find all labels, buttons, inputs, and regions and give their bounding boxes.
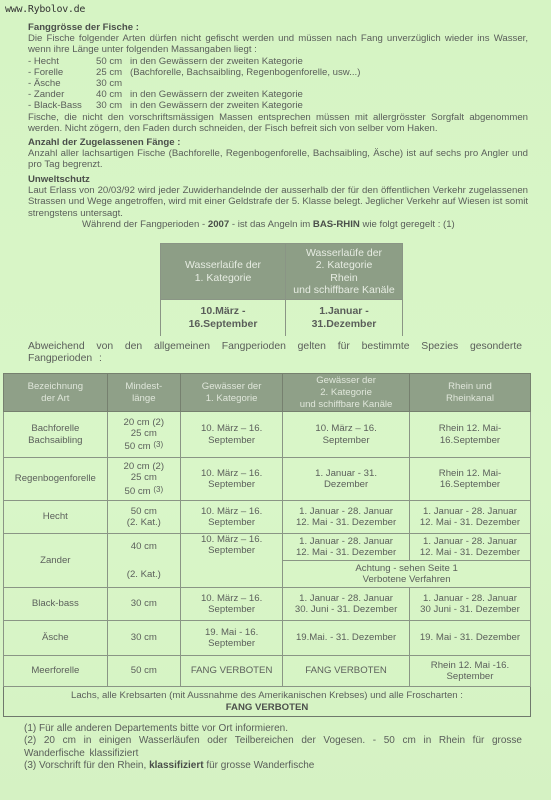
banned-row: Lachs, alle Krebsarten (mit Aussnahme de… bbox=[4, 687, 531, 717]
size-intro: Die Fische folgender Arten dürfen nicht … bbox=[28, 33, 528, 55]
species-note: Achtung - sehen Seite 1Verbotene Verfahr… bbox=[283, 561, 531, 588]
species-name: BachforelleBachsaibling bbox=[4, 412, 108, 458]
header-species: Bezeichnungder Art bbox=[4, 374, 108, 412]
species-name: Zander bbox=[4, 534, 108, 588]
species-name: Äsche bbox=[4, 621, 108, 656]
catch-section: Anzahl der Zugelassenen Fänge : Anzahl a… bbox=[28, 137, 528, 171]
species-name: Black-bass bbox=[4, 588, 108, 621]
fish-name: - Äsche bbox=[28, 78, 96, 89]
species-name: Meerforelle bbox=[4, 656, 108, 687]
period-intro-mid: - ist das Angeln im bbox=[229, 219, 313, 230]
period-category-1: 10. März – 16.September bbox=[181, 588, 283, 621]
period-rhein: 19. Mai - 31. Dezember bbox=[409, 621, 530, 656]
period-intro: Während der Fangperioden - 2007 - ist da… bbox=[82, 219, 542, 230]
species-row: Äsche30 cm19. Mai - 16.September19.Mai. … bbox=[4, 621, 531, 656]
period-category-2: 1. Januar - 28. Januar12. Mai - 31. Deze… bbox=[283, 534, 410, 561]
header-category-2: Gewässer der2. Kategorieund schiffbare K… bbox=[283, 374, 410, 412]
period-intro-pre: Während der Fangperioden - bbox=[82, 219, 208, 230]
species-row: Meerforelle50 cmFANG VERBOTENFANG VERBOT… bbox=[4, 656, 531, 687]
fish-name: - Forelle bbox=[28, 67, 96, 78]
species-header-row: Bezeichnungder ArtMindest-längeGewässer … bbox=[4, 374, 531, 412]
min-length: 20 cm (2)25 cm50 cm (3) bbox=[107, 458, 180, 501]
banned-species-note: Lachs, alle Krebsarten (mit Aussnahme de… bbox=[4, 687, 531, 717]
species-row: Zander40 cm(2. Kat.)10. März – 16.Septem… bbox=[4, 534, 531, 561]
min-length: 50 cm(2. Kat.) bbox=[107, 501, 180, 534]
header-category-2: Wasserlaüfe der2. KategorieRheinund schi… bbox=[286, 244, 403, 300]
species-name: Hecht bbox=[4, 501, 108, 534]
period-category-1: 10. März – 16.September bbox=[181, 501, 283, 534]
header-category-1: Wasserlaüfe der1. Kategorie bbox=[161, 244, 286, 300]
scanned-page: www.Rybolov.de Fanggrösse der Fische : D… bbox=[0, 0, 551, 800]
general-periods-row: 10.März -16.September 1.Januar -31.Dezem… bbox=[161, 300, 403, 337]
footnote-2: (2) 20 cm in einigen Wasserläufen oder T… bbox=[24, 735, 522, 760]
period-category-2: 1. Januar - 31.Dezember bbox=[283, 458, 410, 501]
catch-text: Anzahl aller lachsartigen Fische (Bachfo… bbox=[28, 148, 528, 170]
period-rhein: Rhein 12. Mai-16.September bbox=[409, 458, 530, 501]
min-length: 50 cm bbox=[107, 656, 180, 687]
catch-heading: Anzahl der Zugelassenen Fänge : bbox=[28, 137, 528, 148]
period-intro-post: wie folgt geregelt : (1) bbox=[360, 219, 455, 230]
period-category-2: 1. Januar - 28. Januar12. Mai - 31. Deze… bbox=[283, 501, 410, 534]
header-category-1: Gewässer der1. Kategorie bbox=[181, 374, 283, 412]
period-category-1: 10.März -16.September bbox=[161, 300, 286, 337]
period-category-2: 10. März – 16.September bbox=[283, 412, 410, 458]
species-row: Black-bass30 cm10. März – 16.September1.… bbox=[4, 588, 531, 621]
period-category-1: FANG VERBOTEN bbox=[181, 656, 283, 687]
general-periods-header-row: Wasserlaüfe der1. Kategorie Wasserlaüfe … bbox=[161, 244, 403, 300]
fish-note: in den Gewässern der zweiten Kategorie bbox=[130, 89, 528, 100]
min-length: 40 cm(2. Kat.) bbox=[107, 534, 180, 588]
period-region: BAS-RHIN bbox=[313, 219, 360, 230]
species-periods-table: Bezeichnungder ArtMindest-längeGewässer … bbox=[3, 373, 531, 717]
header-min-length: Mindest-länge bbox=[107, 374, 180, 412]
period-rhein: Rhein 12. Mai -16.September bbox=[409, 656, 530, 687]
fish-note bbox=[130, 78, 528, 89]
species-row: Hecht50 cm(2. Kat.)10. März – 16.Septemb… bbox=[4, 501, 531, 534]
min-length: 20 cm (2)25 cm50 cm (3) bbox=[107, 412, 180, 458]
fish-size-list: - Hecht50 cmin den Gewässern der zweiten… bbox=[28, 56, 528, 112]
fish-size: 30 cm bbox=[96, 78, 130, 89]
min-length: 30 cm bbox=[107, 621, 180, 656]
fish-name: - Black-Bass bbox=[28, 100, 96, 111]
fish-size: 50 cm bbox=[96, 56, 130, 67]
period-rhein: 1. Januar - 28. Januar12. Mai - 31. Deze… bbox=[409, 534, 530, 561]
fish-size: 25 cm bbox=[96, 67, 130, 78]
footnotes: (1) Für alle anderen Departements bitte … bbox=[24, 723, 522, 772]
size-heading: Fanggrösse der Fische : bbox=[28, 22, 528, 33]
header-rhein: Rhein undRheinkanal bbox=[409, 374, 530, 412]
period-category-2: 19.Mai. - 31. Dezember bbox=[283, 621, 410, 656]
fish-note: in den Gewässern der zweiten Kategorie bbox=[130, 100, 528, 111]
fish-name: - Zander bbox=[28, 89, 96, 100]
environment-section: Unweltschutz Laut Erlass von 20/03/92 wi… bbox=[28, 174, 528, 219]
period-category-2: FANG VERBOTEN bbox=[283, 656, 410, 687]
period-category-2: 1.Januar -31.Dezember bbox=[286, 300, 403, 337]
fish-size: 30 cm bbox=[96, 100, 130, 111]
species-name: Regenbogenforelle bbox=[4, 458, 108, 501]
period-rhein: 1. Januar - 28. Januar12. Mai - 31. Deze… bbox=[409, 501, 530, 534]
environment-text: Laut Erlass von 20/03/92 wird jeder Zuwi… bbox=[28, 185, 528, 219]
species-row: BachforelleBachsaibling20 cm (2)25 cm50 … bbox=[4, 412, 531, 458]
period-category-1: 10. März – 16.September bbox=[181, 458, 283, 501]
general-periods-table: Wasserlaüfe der1. Kategorie Wasserlaüfe … bbox=[160, 243, 403, 336]
fish-note: (Bachforelle, Bachsaibling, Regenbogenfo… bbox=[130, 67, 528, 78]
period-category-2: 1. Januar - 28. Januar30. Juni - 31. Dez… bbox=[283, 588, 410, 621]
watermark: www.Rybolov.de bbox=[5, 4, 85, 15]
period-rhein: 1. Januar - 28. Januar30 Juni - 31. Deze… bbox=[409, 588, 530, 621]
min-length: 30 cm bbox=[107, 588, 180, 621]
footnote-3: (3) Vorschrift für den Rhein, klassifizi… bbox=[24, 760, 522, 772]
species-row: Regenbogenforelle20 cm (2)25 cm50 cm (3)… bbox=[4, 458, 531, 501]
period-category-1: 19. Mai - 16.September bbox=[181, 621, 283, 656]
fish-name: - Hecht bbox=[28, 56, 96, 67]
period-year: 2007 bbox=[208, 219, 229, 230]
period-rhein: Rhein 12. Mai-16.September bbox=[409, 412, 530, 458]
period-category-1: 10. März – 16.September bbox=[181, 412, 283, 458]
fish-size: 40 cm bbox=[96, 89, 130, 100]
footnote-1: (1) Für alle anderen Departements bitte … bbox=[24, 723, 522, 735]
size-outro: Fische, die nicht den vorschriftsmässige… bbox=[28, 112, 528, 134]
environment-heading: Unweltschutz bbox=[28, 174, 528, 185]
size-section: Fanggrösse der Fische : Die Fische folge… bbox=[28, 22, 528, 134]
fang-verboten-label: FANG VERBOTEN bbox=[226, 702, 309, 713]
fish-note: in den Gewässern der zweiten Kategorie bbox=[130, 56, 528, 67]
special-intro: Abweichend von den allgemeinen Fangperio… bbox=[28, 341, 522, 365]
footnote-3-bold: klassifiziert bbox=[149, 760, 203, 771]
period-category-1: 10. März – 16.September bbox=[181, 534, 283, 588]
